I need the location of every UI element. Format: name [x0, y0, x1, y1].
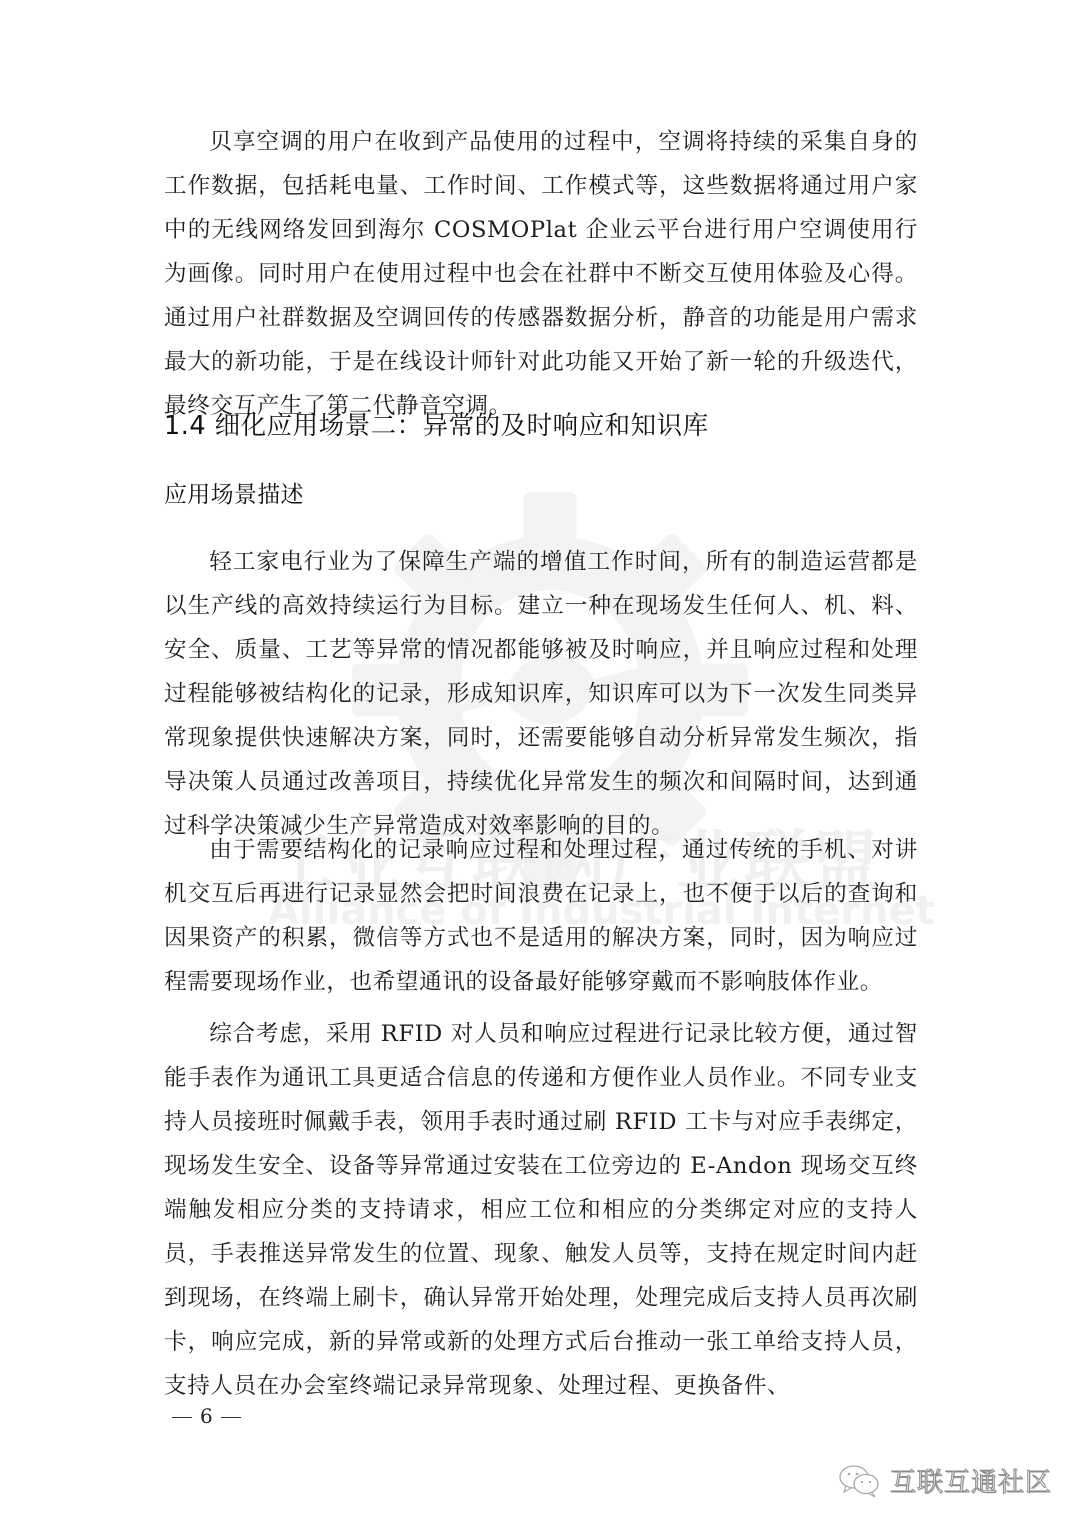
- paragraph-2: 轻工家电行业为了保障生产端的增值工作时间，所有的制造运营都是以生产线的高效持续运…: [164, 540, 918, 848]
- paragraph-4: 综合考虑，采用 RFID 对人员和响应过程进行记录比较方便，通过智能手表作为通讯…: [164, 1012, 918, 1408]
- subsection-heading: 应用场景描述: [164, 475, 304, 515]
- paragraph-3: 由于需要结构化的记录响应过程和处理过程，通过传统的手机、对讲机交互后再进行记录显…: [164, 828, 918, 1004]
- section-heading: 1.4 细化应用场景二：异常的及时响应和知识库: [164, 406, 709, 446]
- page-number: 6: [164, 1404, 249, 1428]
- document-page: 工业互联网产业联盟 Alliance of Industrial Interne…: [0, 0, 1080, 1527]
- brand-label: 互联互通社区: [890, 1462, 1052, 1499]
- paragraph-1: 贝享空调的用户在收到产品使用的过程中，空调将持续的采集自身的工作数据，包括耗电量…: [164, 120, 918, 428]
- wechat-icon: [838, 1464, 882, 1498]
- brand-watermark: 互联互通社区: [838, 1462, 1052, 1499]
- page-number-dash-left: [172, 1417, 192, 1418]
- page-number-value: 6: [200, 1404, 213, 1428]
- page-number-dash-right: [221, 1417, 241, 1418]
